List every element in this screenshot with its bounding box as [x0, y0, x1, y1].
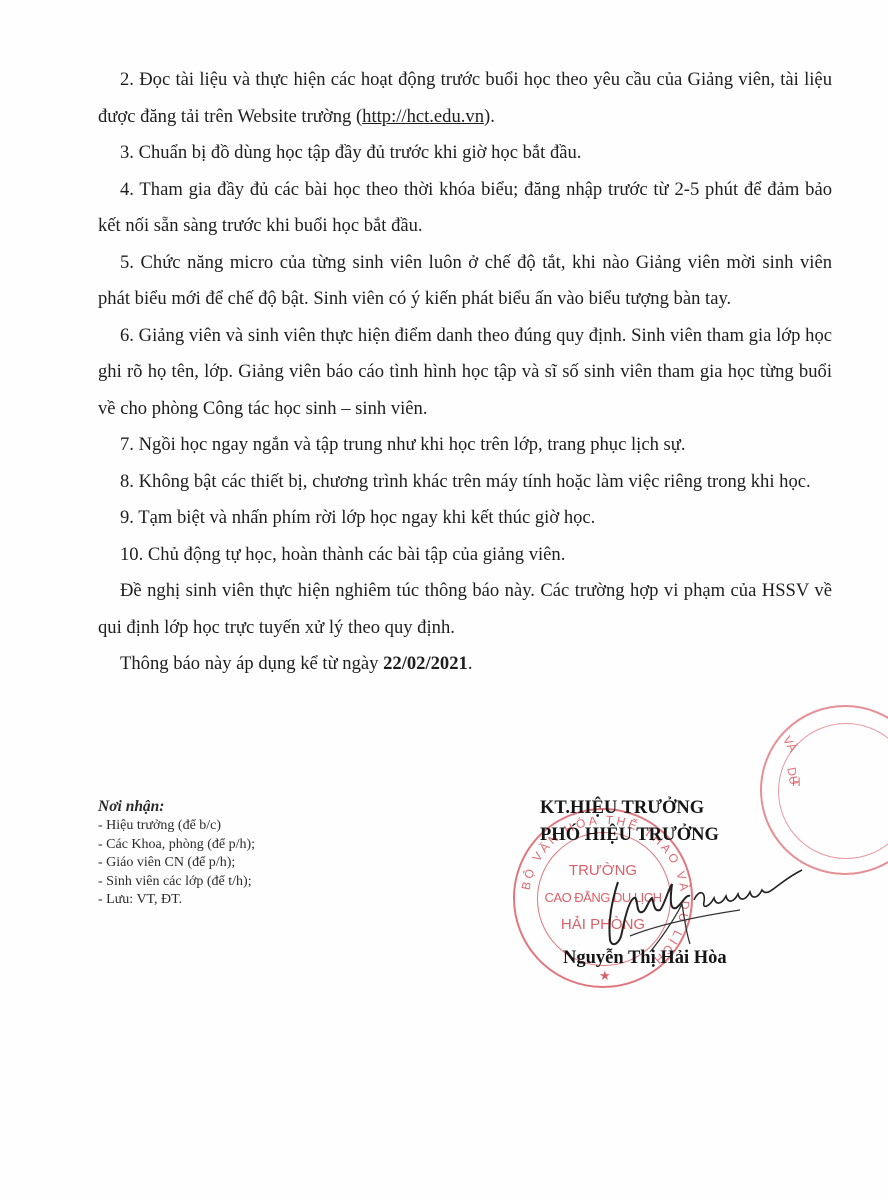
effective-date: 22/02/2021 — [383, 653, 468, 674]
paragraph-item-8: 8. Không bật các thiết bị, chương trình … — [98, 464, 832, 501]
side-stamp: VÀ DU H — [760, 705, 888, 875]
paragraph-item-7: 7. Ngồi học ngay ngắn và tập trung như k… — [98, 427, 832, 464]
paragraph-request: Đề nghị sinh viên thực hiện nghiêm túc t… — [98, 573, 832, 646]
signature-title-block: KT.HIỆU TRƯỞNG PHÓ HIỆU TRƯỞNG — [540, 795, 800, 849]
paragraph-item-9: 9. Tạm biệt và nhấn phím rời lớp học nga… — [98, 500, 832, 537]
recipients-block: Nơi nhận: - Hiệu trưởng (để b/c) - Các K… — [98, 797, 255, 910]
effective-date-line: Thông báo này áp dụng kể từ ngày 22/02/2… — [98, 646, 832, 683]
website-link[interactable]: http://hct.edu.vn — [362, 106, 484, 127]
recipient-item: - Lưu: VT, ĐT. — [98, 891, 255, 910]
recipient-item: - Hiệu trưởng (để b/c) — [98, 817, 255, 836]
paragraph-item-2: 2. Đọc tài liệu và thực hiện các hoạt độ… — [98, 62, 832, 135]
document-page: 2. Đọc tài liệu và thực hiện các hoạt độ… — [0, 0, 888, 1200]
signature-title-line-2: PHÓ HIỆU TRƯỞNG — [540, 822, 800, 849]
paragraph-item-5: 5. Chức năng micro của từng sinh viên lu… — [98, 245, 832, 318]
effective-date-suffix: . — [468, 653, 473, 674]
paragraph-item-6: 6. Giảng viên và sinh viên thực hiện điể… — [98, 318, 832, 428]
recipient-item: - Các Khoa, phòng (để p/h); — [98, 836, 255, 855]
stamp-star-icon: ★ — [599, 968, 611, 984]
paragraph-text: ). — [484, 106, 495, 127]
recipients-title: Nơi nhận: — [98, 797, 255, 817]
handwritten-signature-icon — [590, 860, 820, 960]
paragraph-item-10: 10. Chủ động tự học, hoàn thành các bài … — [98, 537, 832, 574]
paragraph-item-4: 4. Tham gia đầy đủ các bài học theo thời… — [98, 172, 832, 245]
recipient-item: - Sinh viên các lớp (để t/h); — [98, 873, 255, 892]
effective-date-label: Thông báo này áp dụng kể từ ngày — [120, 653, 383, 674]
document-body: 2. Đọc tài liệu và thực hiện các hoạt độ… — [98, 62, 832, 683]
recipient-item: - Giáo viên CN (để p/h); — [98, 854, 255, 873]
signature-title-line-1: KT.HIỆU TRƯỞNG — [540, 795, 800, 822]
paragraph-item-3: 3. Chuẩn bị đồ dùng học tập đầy đủ trước… — [98, 135, 832, 172]
side-stamp-text: H — [792, 775, 801, 789]
